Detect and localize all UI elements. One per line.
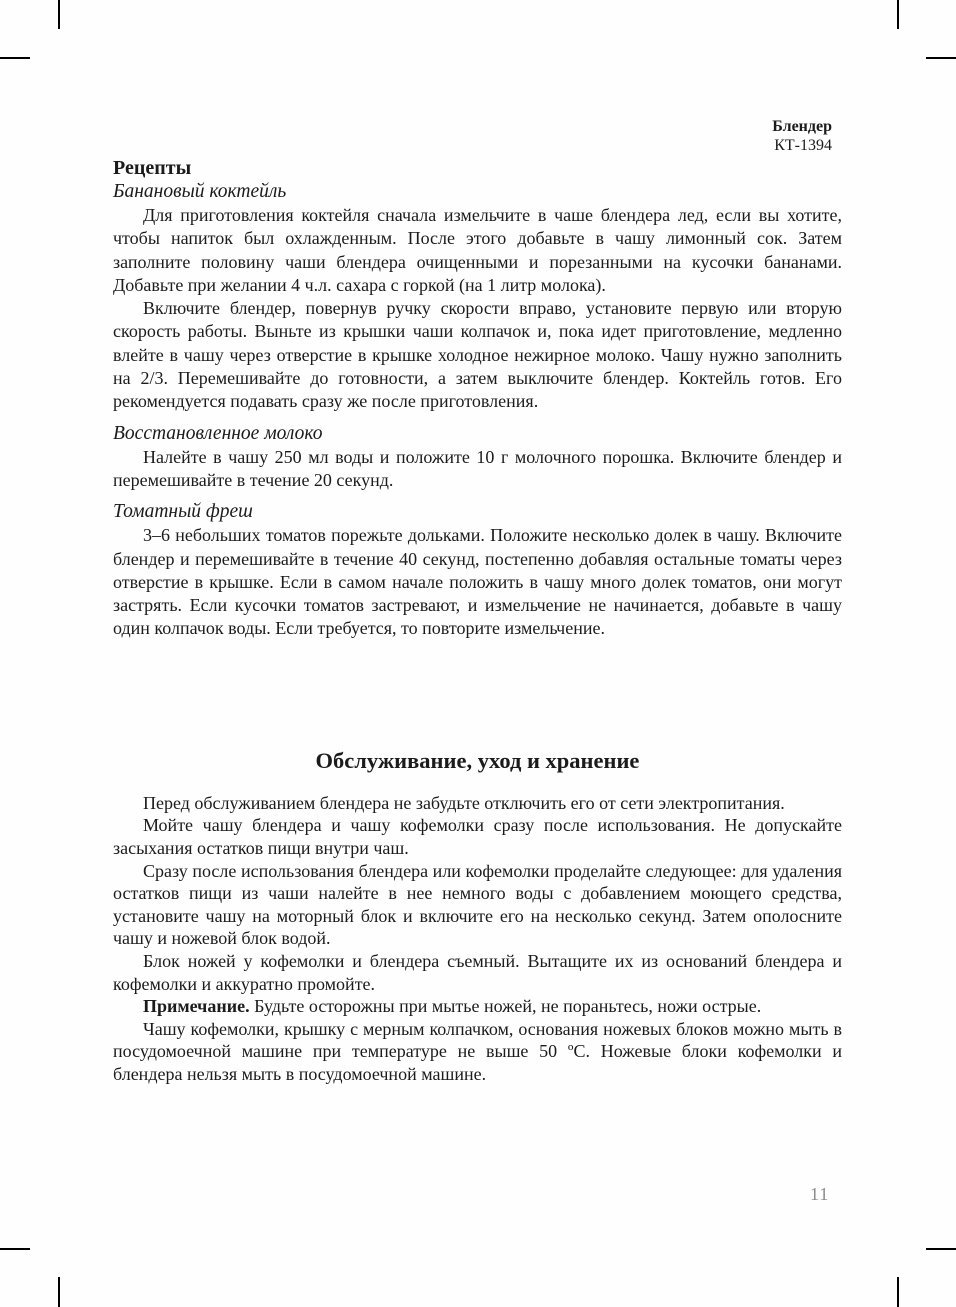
recipe-subtitle-banana: Банановый коктейль: [113, 180, 842, 204]
recipe-paragraph: Для приготовления коктейля сначала измел…: [113, 204, 842, 297]
scanned-manual-page: Блендер КТ-1394 Рецепты Банановый коктей…: [0, 0, 956, 1307]
product-name: Блендер: [113, 117, 832, 136]
maintenance-note: Примечание. Будьте осторожны при мытье н…: [113, 995, 842, 1018]
recipe-paragraph: Включите блендер, повернув ручку скорост…: [113, 297, 842, 413]
maintenance-section: Перед обслуживанием блендера не забудьте…: [113, 792, 842, 1086]
recipe-paragraph: Налейте в чашу 250 мл воды и положите 10…: [113, 446, 842, 493]
maintenance-paragraph: Чашу кофемолки, крышку с мерным колпачко…: [113, 1018, 842, 1086]
page-content: Блендер КТ-1394 Рецепты Банановый коктей…: [113, 0, 842, 1085]
doc-header: Блендер КТ-1394: [113, 117, 842, 155]
crop-mark-top-left-vertical: [58, 0, 60, 29]
crop-mark-bottom-left-horizontal: [0, 1248, 30, 1250]
crop-mark-top-right-vertical: [897, 0, 899, 29]
section-title-maintenance: Обслуживание, уход и хранение: [113, 746, 842, 776]
recipes-section: Рецепты Банановый коктейль Для приготовл…: [113, 157, 842, 641]
crop-mark-top-right-horizontal: [926, 57, 956, 59]
model-number: КТ-1394: [113, 136, 832, 155]
crop-mark-bottom-right-horizontal: [926, 1248, 956, 1250]
recipes-title: Рецепты: [113, 157, 842, 180]
maintenance-paragraph: Сразу после использования блендера или к…: [113, 860, 842, 950]
page-number: 11: [810, 1184, 829, 1205]
note-label: Примечание.: [143, 996, 250, 1016]
maintenance-paragraph: Перед обслуживанием блендера не забудьте…: [113, 792, 842, 815]
recipe-paragraph: 3–6 небольших томатов порежьте дольками.…: [113, 524, 842, 640]
note-text: Будьте осторожны при мытье ножей, не пор…: [250, 996, 762, 1016]
crop-mark-bottom-right-vertical: [897, 1277, 899, 1307]
maintenance-paragraph: Мойте чашу блендера и чашу кофемолки сра…: [113, 814, 842, 859]
maintenance-paragraph: Блок ножей у кофемолки и блендера съемны…: [113, 950, 842, 995]
crop-mark-bottom-left-vertical: [58, 1277, 60, 1307]
recipe-subtitle-milk: Восстановленное молоко: [113, 422, 842, 446]
crop-mark-top-left-horizontal: [0, 57, 30, 59]
recipe-subtitle-tomato: Томатный фреш: [113, 500, 842, 524]
